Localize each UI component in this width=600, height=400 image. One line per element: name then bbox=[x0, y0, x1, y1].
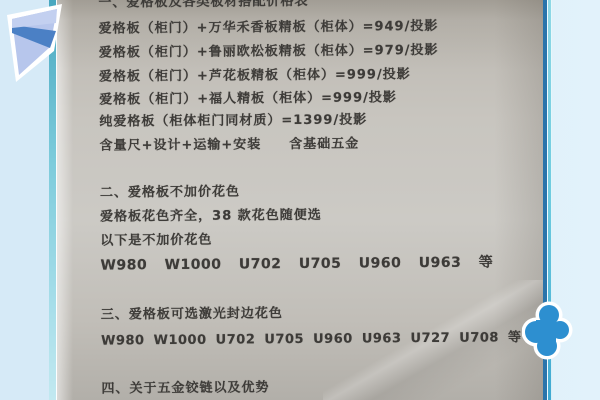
document-text: 一、爱格板及各类板材搭配价格表 爱格板（柜门）+万华禾香板精板（柜体）=949/… bbox=[55, 0, 544, 400]
clover-icon bbox=[522, 298, 574, 362]
paper-plane-icon bbox=[1, 1, 71, 91]
color-codes-line: W980 W1000 U702 U705 U960 U963 U727 U708… bbox=[101, 330, 521, 349]
section-3-title: 三、爱格板可选激光封边花色 bbox=[101, 306, 283, 323]
price-line: 爱格板（柜门）+鲁丽欧松板精板（柜体）=979/投影 bbox=[99, 43, 439, 62]
price-line: 纯爱格板（柜体柜门同材质）=1399/投影 bbox=[99, 112, 367, 130]
text-line: 爱格板花色齐全，38 款花色随便选 bbox=[100, 208, 322, 226]
photo-scene: 一、爱格板及各类板材搭配价格表 爱格板（柜门）+万华禾香板精板（柜体）=949/… bbox=[0, 0, 600, 400]
text-line: 以下是不加价花色 bbox=[100, 233, 212, 250]
price-line: 爱格板（柜门）+福人精板（柜体）=999/投影 bbox=[99, 90, 397, 108]
section-2-title: 二、爱格板不加价花色 bbox=[100, 184, 240, 201]
document-paper: 一、爱格板及各类板材搭配价格表 爱格板（柜门）+万华禾香板精板（柜体）=949/… bbox=[57, 0, 543, 400]
section-4-title: 四、关于五金铰链以及优势 bbox=[101, 380, 269, 397]
section-1-title: 一、爱格板及各类板材搭配价格表 bbox=[98, 0, 308, 12]
service-line: 含量尺+设计+运输+安装 含基础五金 bbox=[100, 137, 360, 155]
price-line: 爱格板（柜门）+万华禾香板精板（柜体）=949/投影 bbox=[99, 19, 439, 38]
color-codes-line: W980 W1000 U702 U705 U960 U963 等 bbox=[100, 254, 493, 273]
price-line: 爱格板（柜门）+芦花板精板（柜体）=999/投影 bbox=[99, 67, 411, 85]
